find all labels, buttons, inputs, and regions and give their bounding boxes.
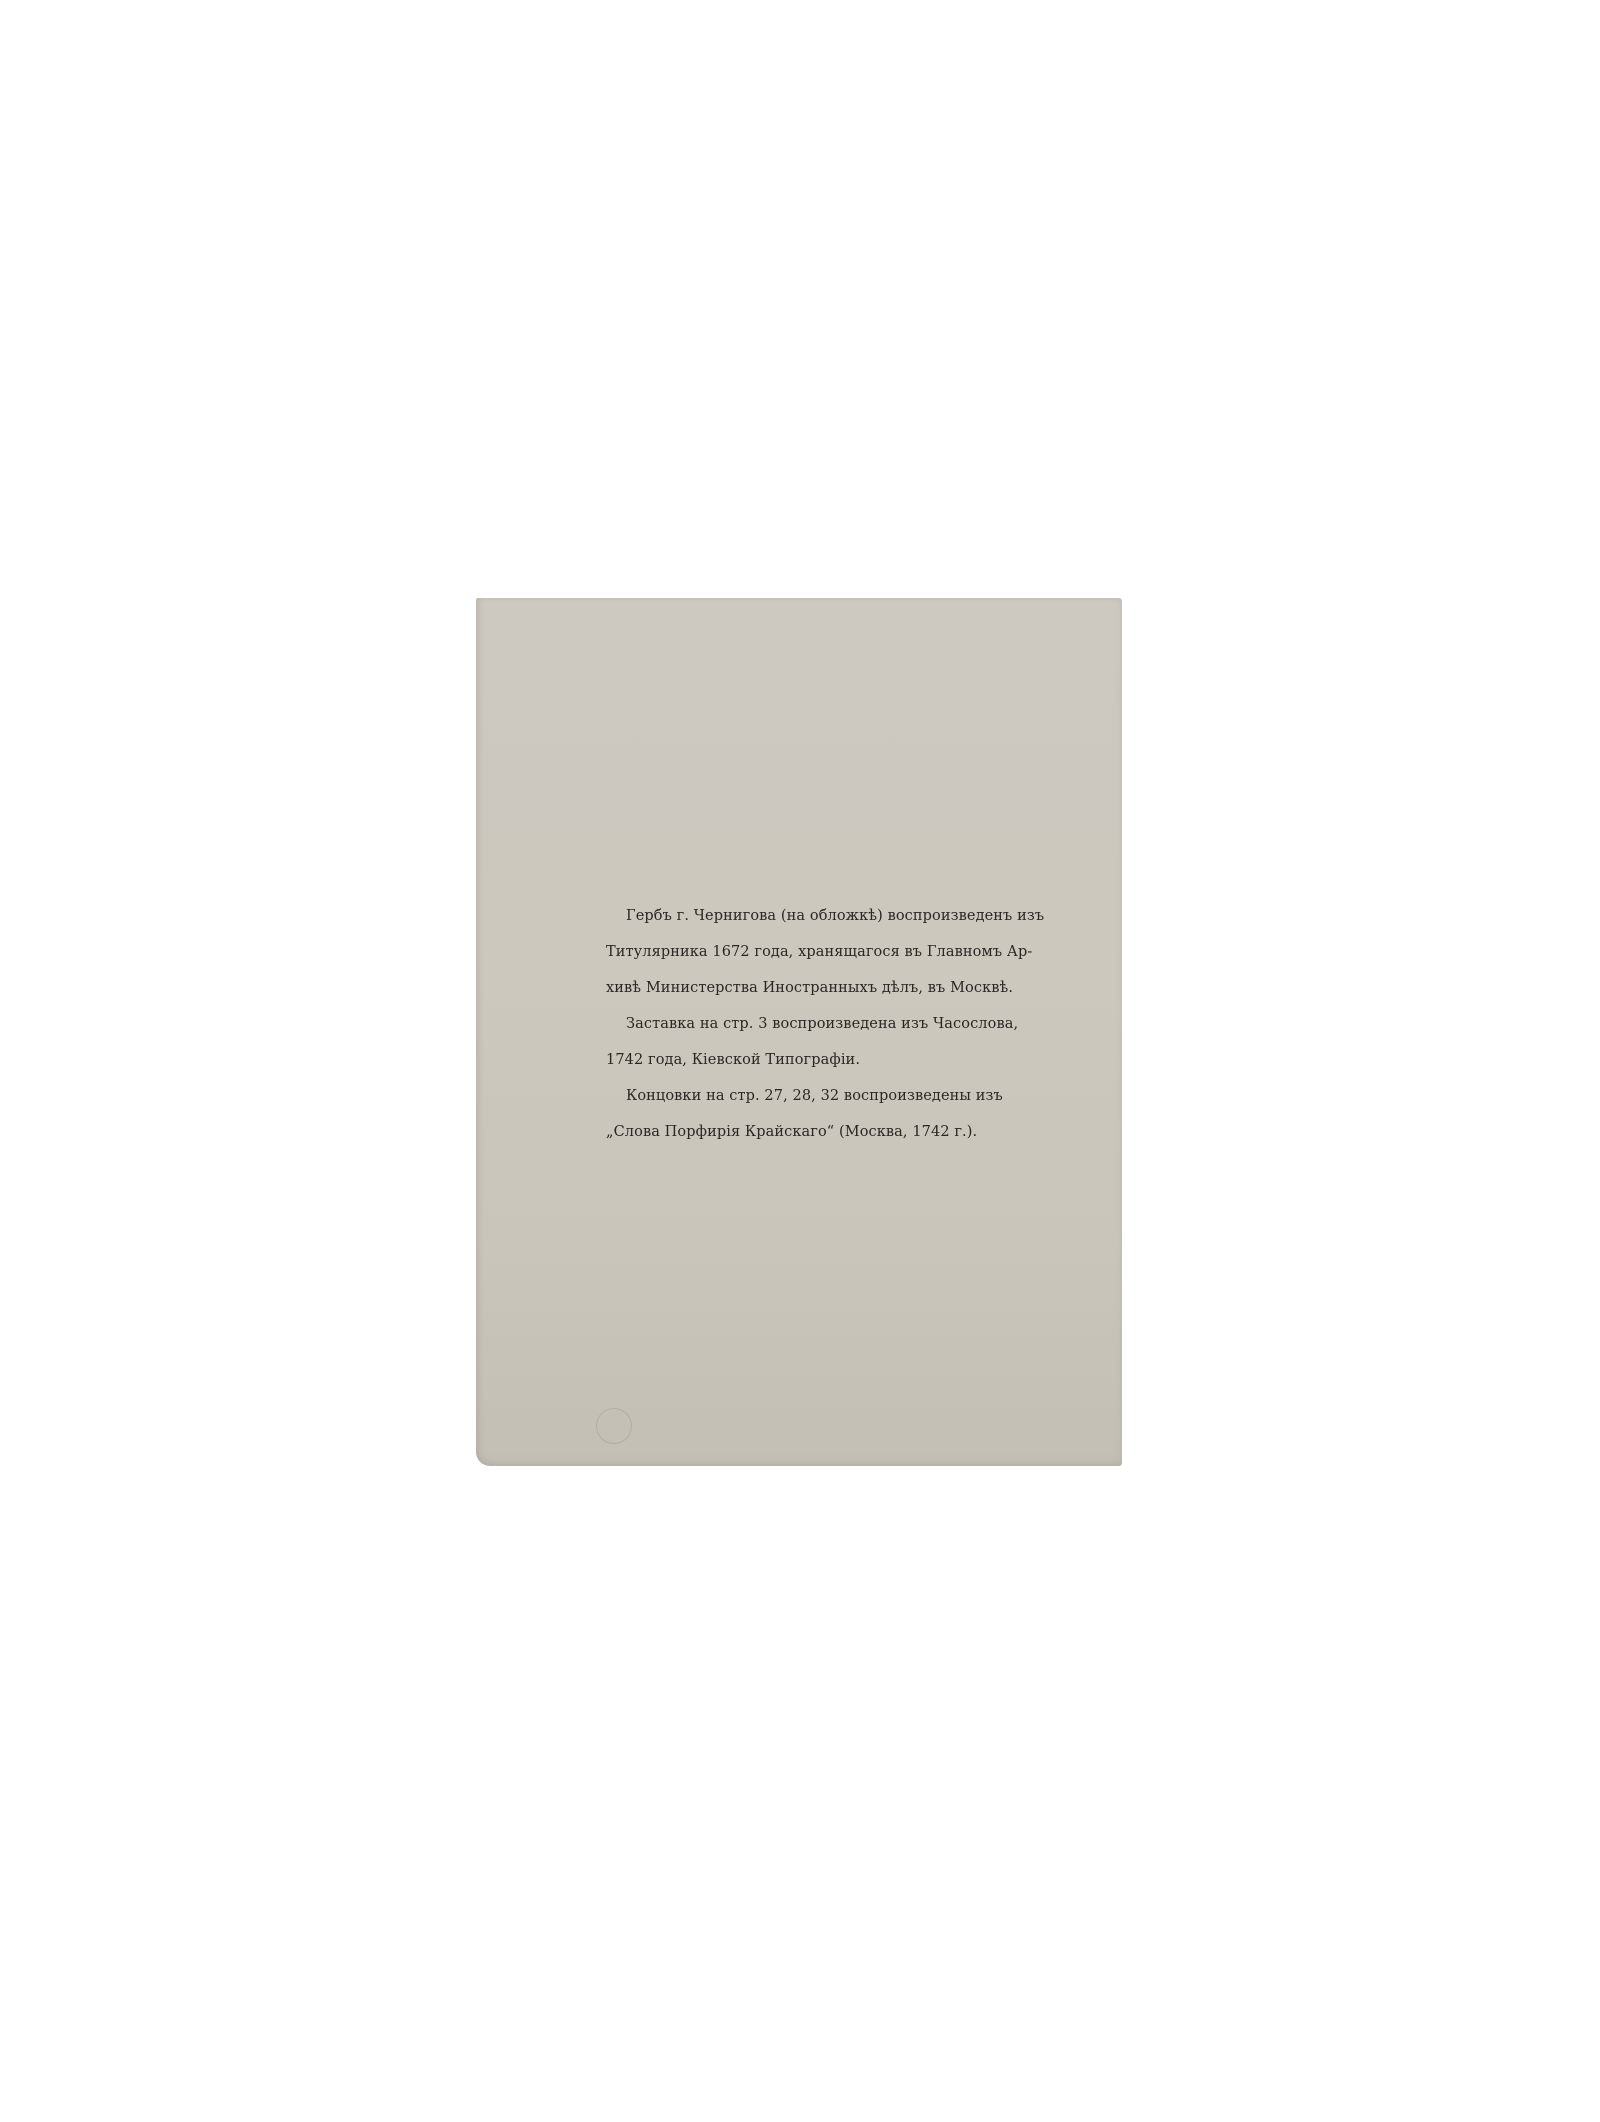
paragraph-1-line-2: Титулярника 1672 года, хранящагося въ Гл… (606, 934, 980, 970)
paragraph-1-line-3: хивѣ Министерства Иностранныхъ дѣлъ, въ … (606, 970, 980, 1006)
paragraph-1-line-1: Гербъ г. Чернигова (на обложкѣ) воспроиз… (606, 898, 980, 934)
paragraph-3-line-1: Концовки на стр. 27, 28, 32 воспроизведе… (606, 1078, 980, 1114)
paragraph-2-line-1: Заставка на стр. 3 воспроизведена изъ Ча… (606, 1006, 980, 1042)
colophon-text: Гербъ г. Чернигова (на обложкѣ) воспроиз… (606, 898, 980, 1150)
scanned-page: Гербъ г. Чернигова (на обложкѣ) воспроиз… (476, 598, 1122, 1466)
paragraph-2-line-2: 1742 года, Кіевской Типографіи. (606, 1042, 980, 1078)
paragraph-3-line-2: „Слова Порфирія Крайскаго“ (Москва, 1742… (606, 1114, 980, 1150)
